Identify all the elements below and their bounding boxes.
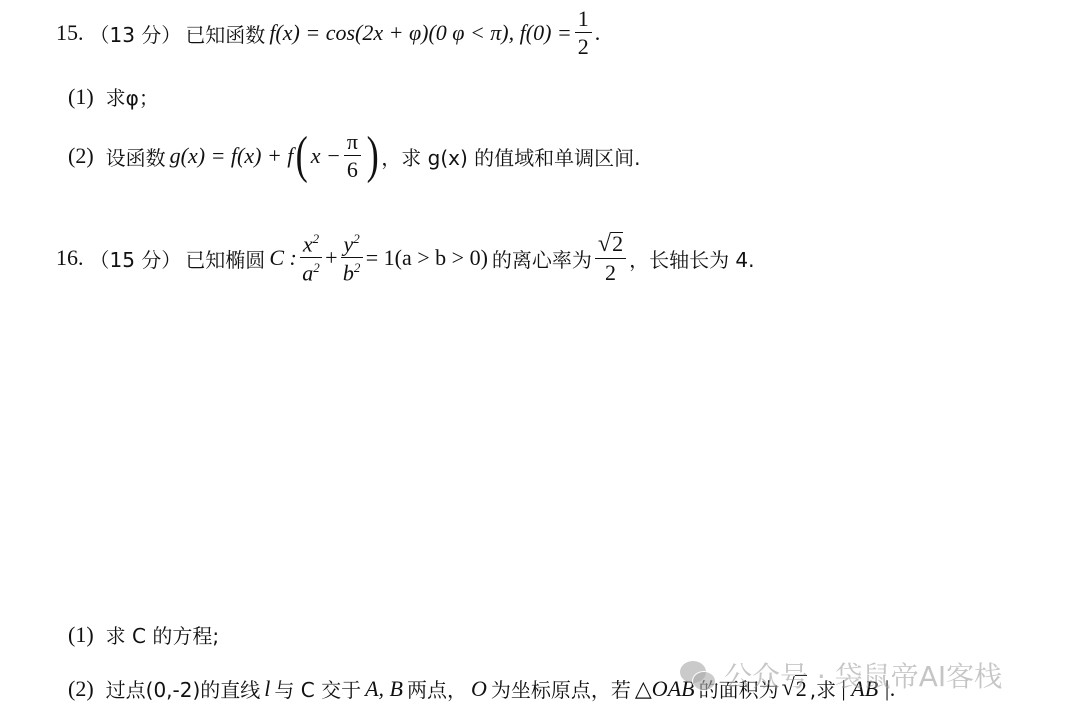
left-paren: ( [296,130,308,182]
q15-half-fraction: 1 2 [575,8,592,58]
q15-part2: (2) 设函数 g(x) = f(x) + f ( x − π 6 ) ，求 g… [68,130,641,182]
pi-over-6-fraction: π 6 [344,131,361,181]
wechat-icon [680,661,716,689]
q16-statement: 16. （15 分） 已知椭圆 C : x2 a2 + y2 b2 = 1(a … [56,232,755,285]
eccentricity-fraction: √2 2 [595,232,626,284]
y2-over-b2: y2 b2 [341,232,363,285]
q15-statement: 15. （13 分） 已知函数 f(x) = cos(2x + φ)(0 φ <… [56,8,600,58]
right-paren: ) [367,130,379,182]
q15-number: 15. [56,20,84,46]
q15-part1: (1) 求φ； [68,82,159,111]
q16-part1: (1) 求 C 的方程; [68,620,219,649]
q15-function: f(x) = cos(2x + φ)(0 φ < π), f(0) = [269,20,571,46]
x2-over-a2: x2 a2 [300,232,322,285]
q15-intro: 已知函数 [185,19,265,48]
watermark: 公众号 · 袋鼠帝AI客栈 [680,655,1002,695]
q15-points: （13 分） [90,19,182,48]
